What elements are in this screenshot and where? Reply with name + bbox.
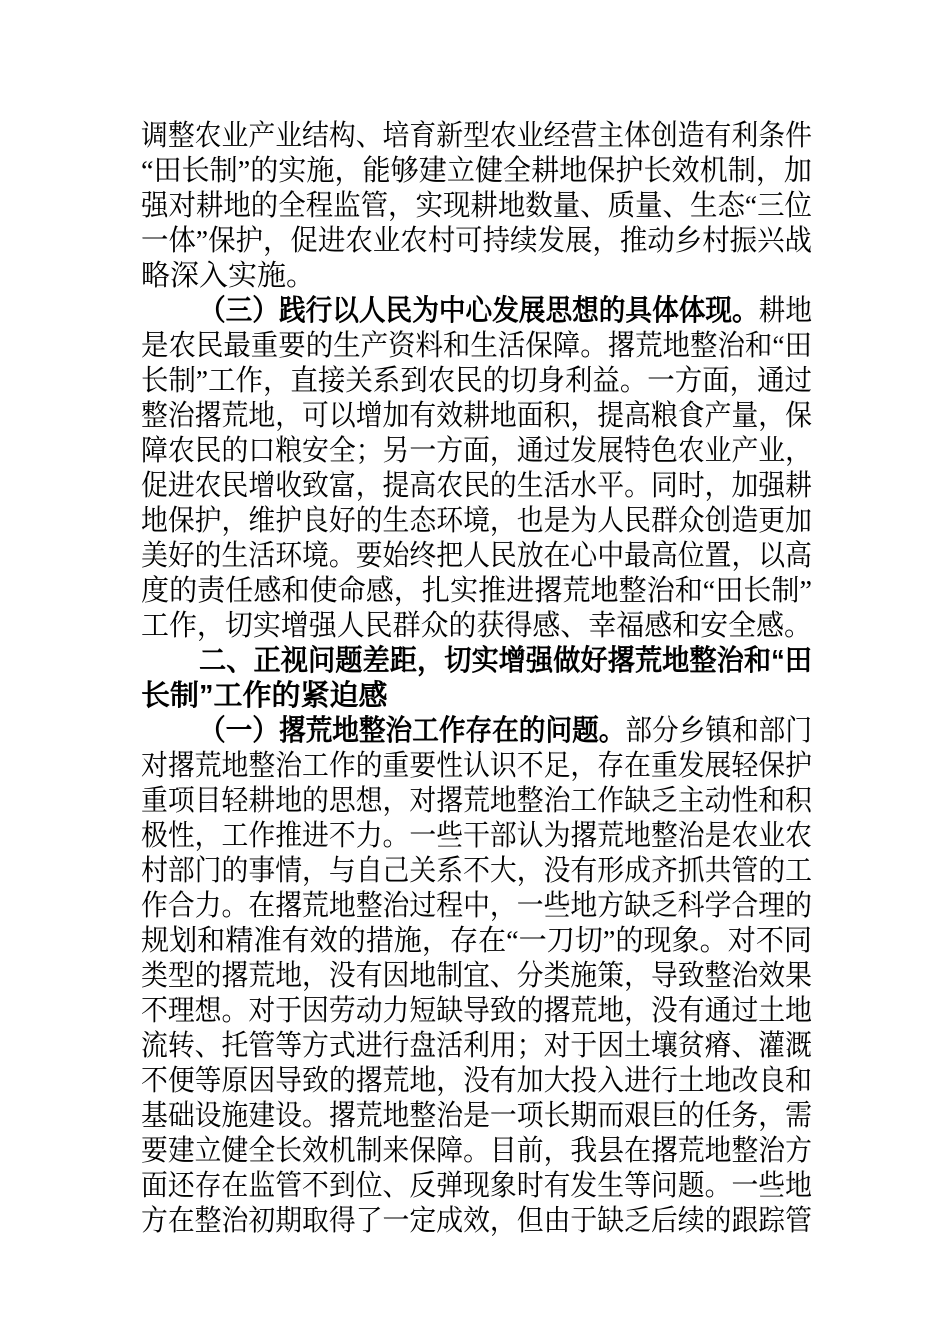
text-run: 一体”保护，促进农业农村可持续发展，推动乡村振兴战 [141,225,812,257]
text-run: 部分乡镇和部门 [625,715,812,747]
text-run: 长制”工作的紧迫感 [141,680,388,712]
text-run: 作合力。在撂荒地整治过程中，一些地方缺乏科学合理的 [141,890,812,922]
document-page: 调整农业产业结构、培育新型农业经营主体创造有利条件“田长制”的实施，能够建立健全… [0,0,950,1344]
text-run: 是农民最重要的生产资料和生活保障。撂荒地整治和“田 [141,330,812,362]
text-line: （一）撂荒地整治工作存在的问题。部分乡镇和部门 [141,714,812,749]
line-content: “田长制”的实施，能够建立健全耕地保护长效机制，加 [141,154,812,189]
heading-line: 长制”工作的紧迫感 [141,679,812,714]
line-content: 要建立健全长效机制来保障。目前，我县在撂荒地整治方 [141,1134,812,1169]
text-line: 规划和精准有效的措施，存在“一刀切”的现象。对不同 [141,924,812,959]
text-run: 村部门的事情，与自己关系不大，没有形成齐抓共管的工 [141,855,812,887]
emphasis-run: （三）践行以人民为中心发展思想的具体体现。 [199,295,759,327]
line-content: 是农民最重要的生产资料和生活保障。撂荒地整治和“田 [141,329,812,364]
line-content: 流转、托管等方式进行盘活利用；对于因土壤贫瘠、灌溉 [141,1029,812,1064]
text-line: 基础设施建设。撂荒地整治是一项长期而艰巨的任务，需 [141,1099,812,1134]
text-line: 度的责任感和使命感，扎实推进撂荒地整治和“田长制” [141,574,812,609]
text-line: 村部门的事情，与自己关系不大，没有形成齐抓共管的工 [141,854,812,889]
line-content: 方在整治初期取得了一定成效，但由于缺乏后续的跟踪管 [141,1204,812,1239]
text-line: 一体”保护，促进农业农村可持续发展，推动乡村振兴战 [141,224,812,259]
text-line: 重项目轻耕地的思想，对撂荒地整治工作缺乏主动性和积 [141,784,812,819]
text-run: 不便等原因导致的撂荒地，没有加大投入进行土地改良和 [141,1065,812,1097]
text-run: 不理想。对于因劳动力短缺导致的撂荒地，没有通过土地 [141,995,812,1027]
text-line: 调整农业产业结构、培育新型农业经营主体创造有利条件 [141,119,812,154]
text-line: 对撂荒地整治工作的重要性认识不足，存在重发展轻保护 [141,749,812,784]
line-content: 重项目轻耕地的思想，对撂荒地整治工作缺乏主动性和积 [141,784,812,819]
line-content: 一体”保护，促进农业农村可持续发展，推动乡村振兴战 [141,224,812,259]
line-content: 基础设施建设。撂荒地整治是一项长期而艰巨的任务，需 [141,1099,812,1134]
line-content: （一）撂荒地整治工作存在的问题。部分乡镇和部门 [199,714,812,749]
text-line: 类型的撂荒地，没有因地制宜、分类施策，导致整治效果 [141,959,812,994]
text-run: 促进农民增收致富，提高农民的生活水平。同时，加强耕 [141,470,812,502]
line-content: 工作，切实增强人民群众的获得感、幸福感和安全感。 [141,609,812,644]
text-line: 强对耕地的全程监管，实现耕地数量、质量、生态“三位 [141,189,812,224]
text-line: 不理想。对于因劳动力短缺导致的撂荒地，没有通过土地 [141,994,812,1029]
line-content: 对撂荒地整治工作的重要性认识不足，存在重发展轻保护 [141,749,812,784]
text-run: 美好的生活环境。要始终把人民放在心中最高位置，以高 [141,540,812,572]
text-run: 长制”工作，直接关系到农民的切身利益。一方面，通过 [141,365,812,397]
line-content: 促进农民增收致富，提高农民的生活水平。同时，加强耕 [141,469,812,504]
text-run: 工作，切实增强人民群众的获得感、幸福感和安全感。 [141,610,812,642]
text-line: 面还存在监管不到位、反弹现象时有发生等问题。一些地 [141,1169,812,1204]
text-run: 整治撂荒地，可以增加有效耕地面积，提高粮食产量，保 [141,400,812,432]
text-line: 障农民的口粮安全；另一方面，通过发展特色农业产业， [141,434,812,469]
text-run: 略深入实施。 [141,260,315,292]
text-line: 流转、托管等方式进行盘活利用；对于因土壤贫瘠、灌溉 [141,1029,812,1064]
text-run: 调整农业产业结构、培育新型农业经营主体创造有利条件 [141,120,812,152]
text-run: 方在整治初期取得了一定成效，但由于缺乏后续的跟踪管 [141,1205,812,1237]
text-line: 略深入实施。 [141,259,812,294]
text-line: 整治撂荒地，可以增加有效耕地面积，提高粮食产量，保 [141,399,812,434]
text-line: 促进农民增收致富，提高农民的生活水平。同时，加强耕 [141,469,812,504]
text-line: （三）践行以人民为中心发展思想的具体体现。耕地 [141,294,812,329]
text-line: 工作，切实增强人民群众的获得感、幸福感和安全感。 [141,609,812,644]
text-run: 耕地 [759,295,812,327]
text-line: 地保护，维护良好的生态环境，也是为人民群众创造更加 [141,504,812,539]
text-run: 规划和精准有效的措施，存在“一刀切”的现象。对不同 [141,925,812,957]
text-run: 度的责任感和使命感，扎实推进撂荒地整治和“田长制” [141,575,812,607]
text-run: 强对耕地的全程监管，实现耕地数量、质量、生态“三位 [141,190,812,222]
heading-line: 二、正视问题差距，切实增强做好撂荒地整治和“田 [141,644,812,679]
line-content: 调整农业产业结构、培育新型农业经营主体创造有利条件 [141,119,812,154]
line-content: 强对耕地的全程监管，实现耕地数量、质量、生态“三位 [141,189,812,224]
text-line: 是农民最重要的生产资料和生活保障。撂荒地整治和“田 [141,329,812,364]
text-run: 地保护，维护良好的生态环境，也是为人民群众创造更加 [141,505,812,537]
text-line: 美好的生活环境。要始终把人民放在心中最高位置，以高 [141,539,812,574]
text-line: “田长制”的实施，能够建立健全耕地保护长效机制，加 [141,154,812,189]
text-run: 极性，工作推进不力。一些干部认为撂荒地整治是农业农 [141,820,812,852]
line-content: 度的责任感和使命感，扎实推进撂荒地整治和“田长制” [141,574,812,609]
text-block: 调整农业产业结构、培育新型农业经营主体创造有利条件“田长制”的实施，能够建立健全… [141,119,812,1239]
line-content: 长制”工作，直接关系到农民的切身利益。一方面，通过 [141,364,812,399]
line-content: 面还存在监管不到位、反弹现象时有发生等问题。一些地 [141,1169,812,1204]
line-content: 障农民的口粮安全；另一方面，通过发展特色农业产业， [141,434,812,469]
text-run: “田长制”的实施，能够建立健全耕地保护长效机制，加 [141,155,812,187]
text-line: 不便等原因导致的撂荒地，没有加大投入进行土地改良和 [141,1064,812,1099]
text-line: 极性，工作推进不力。一些干部认为撂荒地整治是农业农 [141,819,812,854]
text-run: 二、正视问题差距，切实增强做好撂荒地整治和“田 [199,645,812,677]
text-line: 方在整治初期取得了一定成效，但由于缺乏后续的跟踪管 [141,1204,812,1239]
line-content: 村部门的事情，与自己关系不大，没有形成齐抓共管的工 [141,854,812,889]
line-content: 类型的撂荒地，没有因地制宜、分类施策，导致整治效果 [141,959,812,994]
line-content: 作合力。在撂荒地整治过程中，一些地方缺乏科学合理的 [141,889,812,924]
line-content: 地保护，维护良好的生态环境，也是为人民群众创造更加 [141,504,812,539]
line-content: 不便等原因导致的撂荒地，没有加大投入进行土地改良和 [141,1064,812,1099]
text-run: 基础设施建设。撂荒地整治是一项长期而艰巨的任务，需 [141,1100,812,1132]
text-line: 作合力。在撂荒地整治过程中，一些地方缺乏科学合理的 [141,889,812,924]
text-run: 流转、托管等方式进行盘活利用；对于因土壤贫瘠、灌溉 [141,1030,812,1062]
line-content: 规划和精准有效的措施，存在“一刀切”的现象。对不同 [141,924,812,959]
line-content: 极性，工作推进不力。一些干部认为撂荒地整治是农业农 [141,819,812,854]
text-run: 类型的撂荒地，没有因地制宜、分类施策，导致整治效果 [141,960,812,992]
emphasis-run: （一）撂荒地整治工作存在的问题。 [199,715,625,747]
line-content: 美好的生活环境。要始终把人民放在心中最高位置，以高 [141,539,812,574]
line-content: 长制”工作的紧迫感 [141,679,388,714]
line-content: 略深入实施。 [141,259,315,294]
text-line: 长制”工作，直接关系到农民的切身利益。一方面，通过 [141,364,812,399]
line-content: 不理想。对于因劳动力短缺导致的撂荒地，没有通过土地 [141,994,812,1029]
text-line: 要建立健全长效机制来保障。目前，我县在撂荒地整治方 [141,1134,812,1169]
line-content: （三）践行以人民为中心发展思想的具体体现。耕地 [199,294,812,329]
text-run: 面还存在监管不到位、反弹现象时有发生等问题。一些地 [141,1170,812,1202]
line-content: 整治撂荒地，可以增加有效耕地面积，提高粮食产量，保 [141,399,812,434]
text-run: 要建立健全长效机制来保障。目前，我县在撂荒地整治方 [141,1135,812,1167]
line-content: 二、正视问题差距，切实增强做好撂荒地整治和“田 [199,644,812,679]
text-run: 障农民的口粮安全；另一方面，通过发展特色农业产业， [141,435,812,467]
text-run: 重项目轻耕地的思想，对撂荒地整治工作缺乏主动性和积 [141,785,812,817]
text-run: 对撂荒地整治工作的重要性认识不足，存在重发展轻保护 [141,750,812,782]
